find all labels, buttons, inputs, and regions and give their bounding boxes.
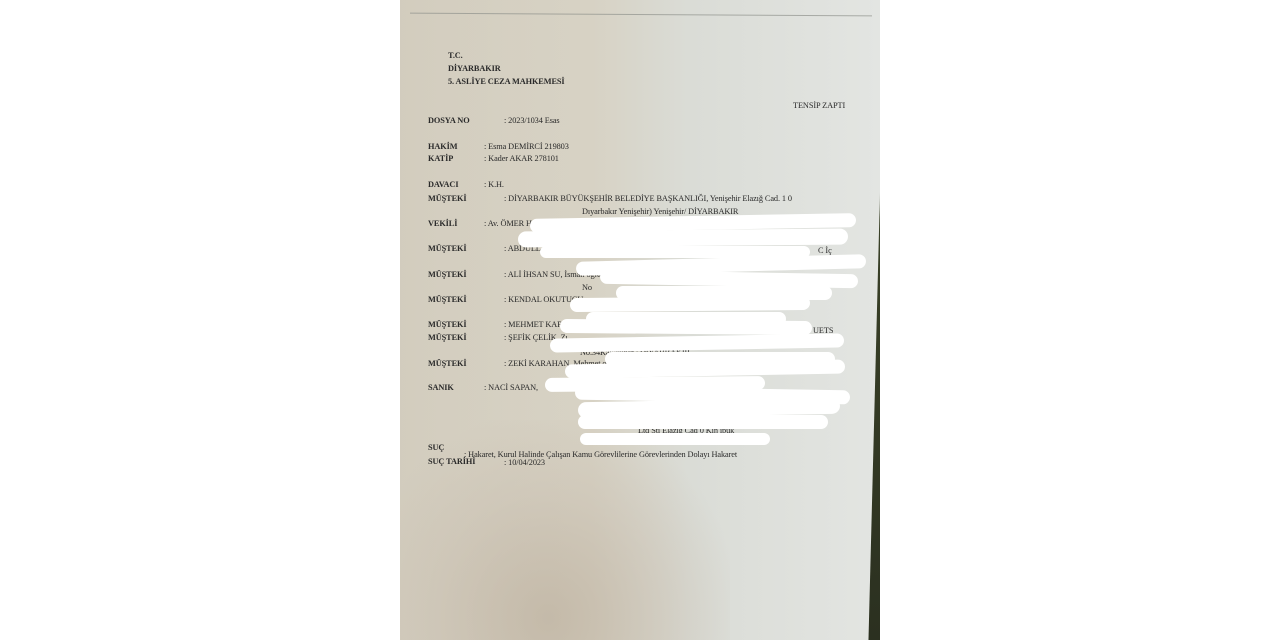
katip-value: : Kader AKAR 278101 bbox=[484, 154, 559, 163]
party-label: MÜŞTEKİ bbox=[428, 320, 467, 329]
sanik-label: SANIK bbox=[428, 383, 454, 392]
davaci-value: : K.H. bbox=[484, 180, 504, 189]
paper-sheet: T.C. DİYARBAKIR 5. ASLİYE CEZA MAHKEMESİ… bbox=[400, 0, 880, 640]
redaction-mark bbox=[550, 333, 844, 352]
redaction-mark bbox=[560, 319, 812, 335]
header-court: 5. ASLİYE CEZA MAHKEMESİ bbox=[448, 77, 565, 86]
party-tail: C İç bbox=[818, 246, 832, 255]
redaction-mark bbox=[518, 229, 848, 248]
suc-label: SUÇ bbox=[428, 443, 444, 452]
suc-tarihi-label: SUÇ TARİHİ bbox=[428, 457, 475, 466]
document-photo: T.C. DİYARBAKIR 5. ASLİYE CEZA MAHKEMESİ… bbox=[400, 0, 880, 640]
party-label: MÜŞTEKİ bbox=[428, 244, 467, 253]
hakim-label: HAKİM bbox=[428, 142, 457, 151]
party-label: MÜŞTEKİ bbox=[428, 333, 467, 342]
header-city: DİYARBAKIR bbox=[448, 64, 501, 73]
header-tc: T.C. bbox=[448, 51, 463, 60]
party-label: MÜŞTEKİ bbox=[428, 359, 467, 368]
hakim-value: : Esma DEMİRCİ 219803 bbox=[484, 142, 569, 151]
party-value: : DİYARBAKIR BÜYÜKŞEHİR BELEDİYE BAŞKANL… bbox=[504, 194, 792, 203]
suc-tarihi-value: : 10/04/2023 bbox=[504, 458, 545, 467]
party-label: MÜŞTEKİ bbox=[428, 295, 467, 304]
party-label: VEKİLİ bbox=[428, 219, 457, 228]
dosya-no-label: DOSYA NO bbox=[428, 116, 470, 125]
party-label: MÜŞTEKİ bbox=[428, 194, 467, 203]
dosya-no-value: : 2023/1034 Esas bbox=[504, 116, 560, 125]
redaction-mark bbox=[578, 415, 828, 429]
party-cont: No bbox=[582, 283, 592, 292]
redaction-mark bbox=[570, 296, 810, 312]
davaci-label: DAVACI bbox=[428, 180, 458, 189]
katip-label: KATİP bbox=[428, 154, 453, 163]
party-label: MÜŞTEKİ bbox=[428, 270, 467, 279]
sanik-value: : NACİ SAPAN, bbox=[484, 383, 538, 392]
doc-type-title: TENSİP ZAPTI bbox=[793, 101, 845, 110]
redaction-mark bbox=[580, 433, 770, 445]
